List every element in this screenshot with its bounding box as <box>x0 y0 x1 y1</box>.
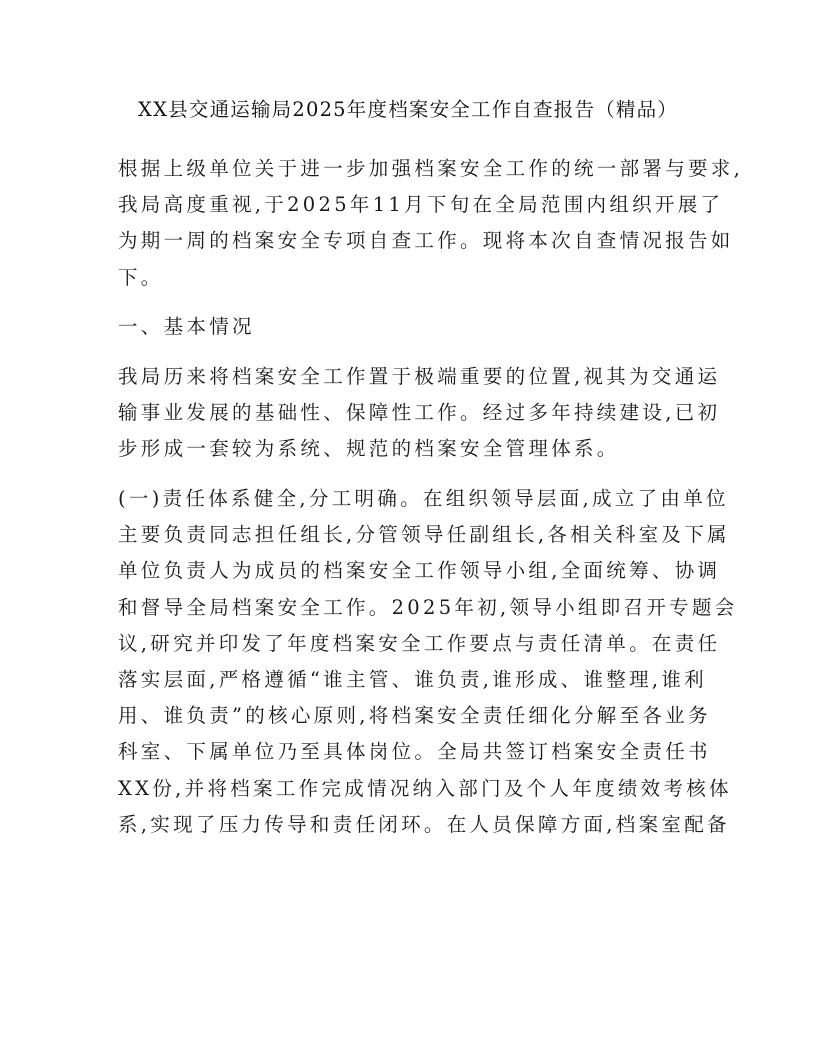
paragraph-gap <box>118 345 708 359</box>
text-line: 我局高度重视,于2025年11月下旬在全局范围内组织开展了 <box>118 187 708 223</box>
text-line: 下。 <box>118 260 708 296</box>
document-title: XX县交通运输局2025年度档案安全工作自查报告（精品） <box>0 96 816 124</box>
text-line: 单位负责人为成员的档案安全工作领导小组,全面统筹、协调 <box>118 553 708 589</box>
text-line: 用、谁负责”的核心原则,将档案安全责任细化分解至各业务 <box>118 698 708 734</box>
text-line: 系,实现了压力传导和责任闭环。在人员保障方面,档案室配备 <box>118 807 708 843</box>
paragraph-intro: 根据上级单位关于进一步加强档案安全工作的统一部署与要求, 我局高度重视,于202… <box>118 151 708 296</box>
text-line: XX份,并将档案工作完成情况纳入部门及个人年度绩效考核体 <box>118 771 708 807</box>
text-line: 为期一周的档案安全专项自查工作。现将本次自查情况报告如 <box>118 223 708 259</box>
text-line: 根据上级单位关于进一步加强档案安全工作的统一部署与要求, <box>118 151 708 187</box>
section-heading-basic-situation: 一、基本情况 <box>118 309 708 345</box>
text-line: 议,研究并印发了年度档案安全工作要点与责任清单。在责任 <box>118 626 708 662</box>
paragraph-gap <box>118 468 708 482</box>
text-line: 我局历来将档案安全工作置于极端重要的位置,视其为交通运 <box>118 359 708 395</box>
text-line: (一)责任体系健全,分工明确。在组织领导层面,成立了由单位 <box>118 481 708 517</box>
paragraph-responsibility-system: (一)责任体系健全,分工明确。在组织领导层面,成立了由单位 主要负责同志担任组长… <box>118 481 708 843</box>
text-line: 输事业发展的基础性、保障性工作。经过多年持续建设,已初 <box>118 395 708 431</box>
text-line: 科室、下属单位乃至具体岗位。全局共签订档案安全责任书 <box>118 734 708 770</box>
section-heading: 一、基本情况 <box>118 309 708 345</box>
text-line: 主要负责同志担任组长,分管领导任副组长,各相关科室及下属 <box>118 517 708 553</box>
text-line: 落实层面,严格遵循“谁主管、谁负责,谁形成、谁整理,谁利 <box>118 662 708 698</box>
paragraph-gap <box>118 296 708 310</box>
text-line: 步形成一套较为系统、规范的档案安全管理体系。 <box>118 431 708 467</box>
document-body: 根据上级单位关于进一步加强档案安全工作的统一部署与要求, 我局高度重视,于202… <box>118 151 708 843</box>
text-line: 和督导全局档案安全工作。2025年初,领导小组即召开专题会 <box>118 590 708 626</box>
paragraph-overview: 我局历来将档案安全工作置于极端重要的位置,视其为交通运 输事业发展的基础性、保障… <box>118 359 708 468</box>
document-page: XX县交通运输局2025年度档案安全工作自查报告（精品） 根据上级单位关于进一步… <box>0 0 816 1056</box>
